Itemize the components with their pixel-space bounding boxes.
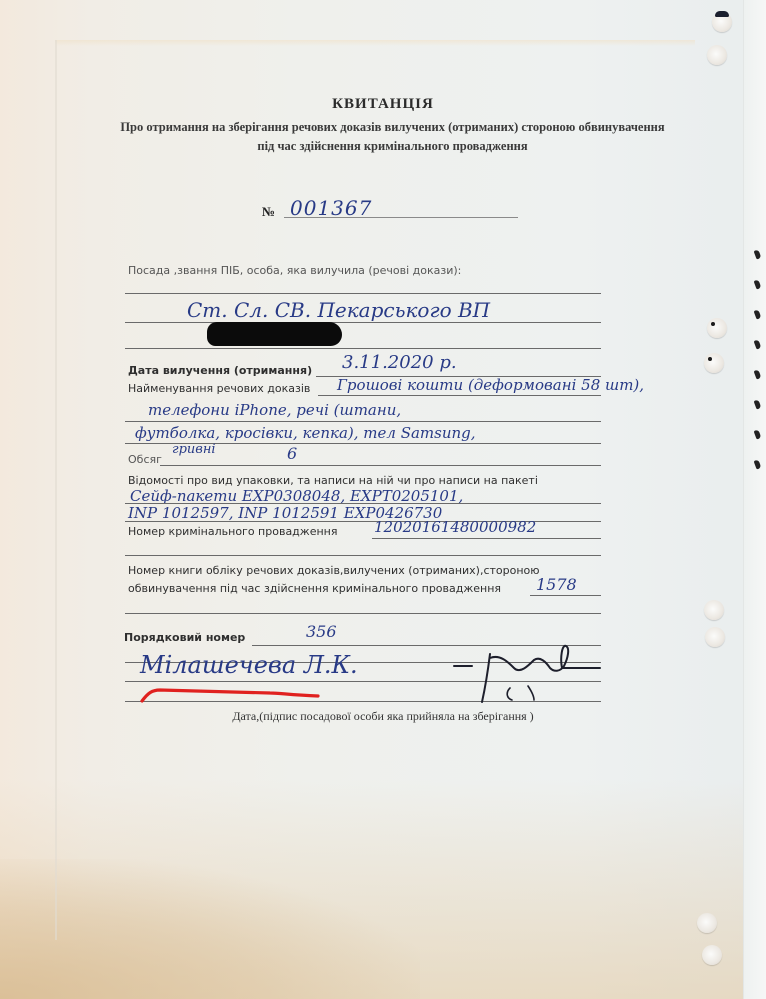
seizure-date-value: 3.11.2020 р.: [342, 352, 457, 373]
register-book-label-2: обвинувачення під час здійснення криміна…: [128, 582, 501, 595]
form-line: [160, 465, 601, 466]
document-subtitle: Про отримання на зберігання речових дока…: [120, 118, 665, 156]
number-label: №: [262, 204, 275, 220]
evidence-name-line-3: футболка, кросівки, кепка), тел Samsung,: [135, 424, 476, 442]
register-book-value: 1578: [536, 575, 577, 594]
document-title: КВИТАНЦІЯ: [0, 96, 766, 113]
serial-number-label: Порядковий номер: [124, 631, 245, 644]
form-line: [125, 421, 601, 422]
red-highlight-underline: [140, 683, 320, 703]
form-line: [125, 322, 601, 323]
evidence-name-label: Найменування речових доказів: [128, 382, 310, 395]
seizure-date-label: Дата вилучення (отримання): [128, 364, 312, 377]
volume-value: 6: [287, 444, 297, 463]
signature-mark: [450, 642, 605, 712]
packaging-label: Відомості про вид упаковки, та написи на…: [128, 474, 538, 487]
form-line: [125, 613, 601, 614]
evidence-name-line-4: гривні: [172, 442, 216, 457]
receipt-number-value: 001367: [290, 196, 372, 220]
receipt-number-field: № 001367: [262, 198, 518, 222]
serial-number-value: 356: [306, 622, 337, 641]
form-line: [372, 538, 601, 539]
redaction-mark: [207, 322, 342, 346]
seized-by-label: Посада ,звання ПІБ, особа, яка вилучила …: [128, 264, 461, 277]
receiver-name: Мілашечева Л.К.: [140, 651, 358, 679]
evidence-name-line-1: Грошові кошти (деформовані 58 шт),: [337, 376, 644, 394]
form-line: [125, 348, 601, 349]
form-line: [125, 293, 601, 294]
form-line: [530, 595, 601, 596]
receipt-form: КВИТАНЦІЯ Про отримання на зберігання ре…: [0, 0, 766, 999]
signature-caption: Дата,(підпис посадової особи яка прийнял…: [0, 709, 766, 724]
form-line: [318, 395, 601, 396]
case-number-label: Номер кримінального провадження: [128, 525, 337, 538]
seized-by-value: Ст. Сл. СВ. Пекарського ВП: [187, 298, 490, 322]
case-number-value: 12020161480000982: [374, 518, 536, 536]
form-line: [125, 555, 601, 556]
register-book-label-1: Номер книги обліку речових доказів,вилуч…: [128, 564, 540, 577]
evidence-name-line-2: телефони iPhone, речі (штани,: [148, 401, 401, 419]
volume-label: Обсяг: [128, 453, 162, 466]
